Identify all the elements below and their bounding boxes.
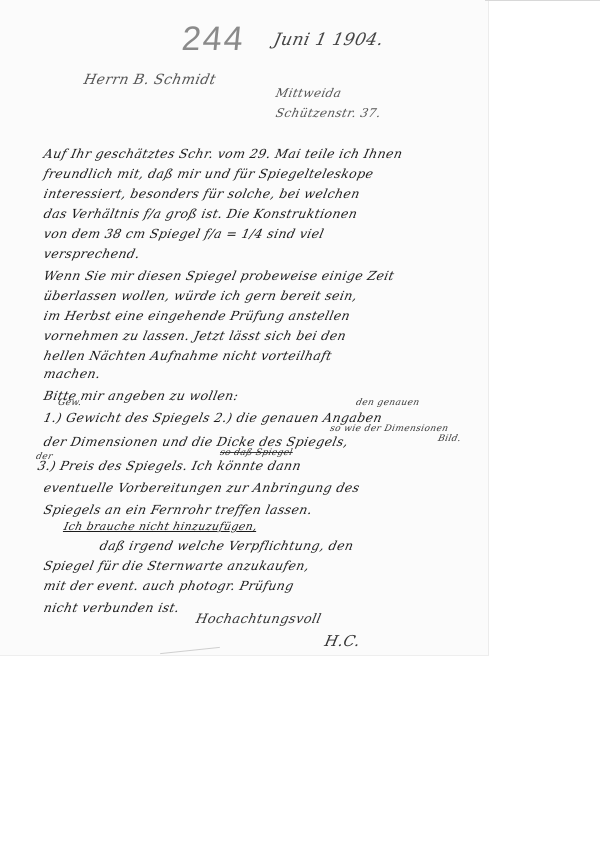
pencil-mark — [160, 647, 220, 654]
closing: Hochachtungsvoll — [194, 612, 322, 627]
body-line: interessiert, besonders für solche, bei … — [42, 186, 361, 201]
body-line: versprechend. — [42, 246, 141, 261]
body-line: Spiegels an ein Fernrohr treffen lassen. — [42, 502, 314, 517]
signature: H.C. — [323, 632, 362, 650]
body-line: mit der event. auch photogr. Prüfung — [42, 578, 295, 593]
interlinear-insertion: Gew. — [57, 398, 83, 408]
body-line: daß irgend welche Verpflichtung, den — [98, 538, 355, 553]
scan-edge-mark — [485, 0, 600, 1]
body-line: nicht verbunden ist. — [42, 600, 181, 615]
letter-date: Juni 1 1904. — [272, 30, 386, 50]
body-line: 3.) Preis des Spiegels. Ich könnte dann — [36, 458, 302, 473]
archive-number: 244 — [180, 20, 247, 59]
body-line: eventuelle Vorbereitungen zur Anbringung… — [42, 480, 361, 495]
letter-page: 244 Juni 1 1904. Herrn B. Schmidt Mittwe… — [0, 0, 489, 656]
body-line: Spiegel für die Sternwarte anzukaufen, — [42, 558, 311, 573]
address-line-2: Schützenstr. 37. — [275, 106, 383, 120]
body-line: im Herbst eine eingehende Prüfung anstel… — [42, 308, 351, 323]
body-line: Auf Ihr geschätztes Schr. vom 29. Mai te… — [42, 146, 404, 161]
body-line: 1.) Gewicht des Spiegels 2.) die genauen… — [42, 410, 383, 425]
body-line: von dem 38 cm Spiegel f/a = 1/4 sind vie… — [42, 226, 325, 241]
body-line: vornehmen zu lassen. Jetzt lässt sich be… — [42, 328, 347, 343]
body-line: der Dimensionen und die Dicke des Spiege… — [42, 434, 349, 449]
body-line: hellen Nächten Aufnahme nicht vorteilhaf… — [42, 348, 333, 363]
interlinear-insertion: so wie der Dimensionen — [329, 424, 449, 434]
body-line: Wenn Sie mir diesen Spiegel probeweise e… — [42, 268, 396, 283]
body-line: freundlich mit, daß mir und für Spiegelt… — [42, 166, 375, 181]
body-line: machen. — [42, 366, 102, 381]
body-line: überlassen wollen, würde ich gern bereit… — [42, 288, 358, 303]
body-line: Ich brauche nicht hinzuzufügen, — [63, 520, 259, 533]
body-line: das Verhältnis f/a groß ist. Die Konstru… — [42, 206, 359, 221]
struck-text: so daß Spiegel — [219, 448, 294, 458]
address-line-1: Mittweida — [275, 86, 343, 100]
recipient-salutation: Herrn B. Schmidt — [82, 72, 217, 88]
interlinear-insertion: den genauen — [355, 398, 420, 408]
interlinear-insertion: Bild. — [437, 434, 462, 444]
